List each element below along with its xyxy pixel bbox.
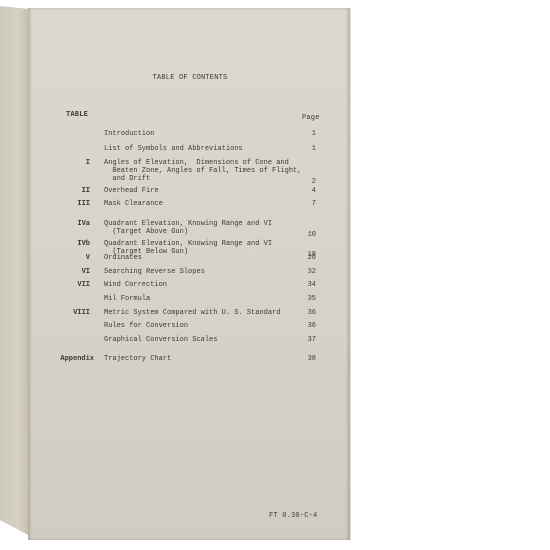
toc-table-number: III — [62, 200, 90, 208]
toc-table-number: Appendix — [50, 355, 94, 363]
toc-table-number: II — [62, 187, 90, 195]
toc-page-number: 10 — [296, 231, 316, 239]
toc-title: List of Symbols and Abbreviations — [104, 145, 243, 153]
toc-page-number: 7 — [296, 200, 316, 208]
toc-title: Quadrant Elevation, Knowing Range and VI… — [104, 220, 272, 236]
toc-page-number: 2 — [296, 178, 316, 186]
column-header-table: TABLE — [66, 111, 88, 119]
toc-title: Mil Formula — [104, 295, 150, 303]
toc-page-number: 36 — [296, 309, 316, 317]
toc-title: Searching Reverse Slopes — [104, 268, 205, 276]
toc-page-number: 32 — [296, 268, 316, 276]
toc-title: Metric System Compared with U. S. Standa… — [104, 309, 280, 317]
toc-table-number: IVb — [62, 240, 90, 248]
toc-table-number: VIII — [62, 309, 90, 317]
toc-page-number: 35 — [296, 295, 316, 303]
toc-table-number: V — [62, 254, 90, 262]
toc-title: Ordinates — [104, 254, 142, 262]
toc-page-number: 36 — [296, 322, 316, 330]
book-spine — [0, 6, 30, 536]
page-footer: FT 0.30-C-4 — [269, 512, 317, 520]
toc-title: Mask Clearance — [104, 200, 163, 208]
toc-table-number: I — [62, 159, 90, 167]
toc-title: Rules for Conversion — [104, 322, 188, 330]
toc-page-number: 34 — [296, 281, 316, 289]
toc-page-number: 4 — [296, 187, 316, 195]
toc-page-number: 38 — [296, 355, 316, 363]
toc-table-number: IVa — [62, 220, 90, 228]
toc-page-number: 37 — [296, 336, 316, 344]
toc-title: Graphical Conversion Scales — [104, 336, 217, 344]
toc-title: Trajectory Chart — [104, 355, 171, 363]
toc-page-number: 26 — [296, 254, 316, 262]
toc-title: Introduction — [104, 130, 154, 138]
toc-title: Overhead Fire — [104, 187, 159, 195]
toc-table-number: VII — [62, 281, 90, 289]
toc-title: Angles of Elevation, Dimensions of Cone … — [104, 159, 301, 183]
toc-title: Wind Correction — [104, 281, 167, 289]
column-header-page: Page — [302, 114, 320, 122]
page-title: TABLE OF CONTENTS — [0, 74, 380, 82]
toc-page-number: 1 — [296, 145, 316, 153]
toc-table-number: VI — [62, 268, 90, 276]
toc-page-number: 1 — [296, 130, 316, 138]
